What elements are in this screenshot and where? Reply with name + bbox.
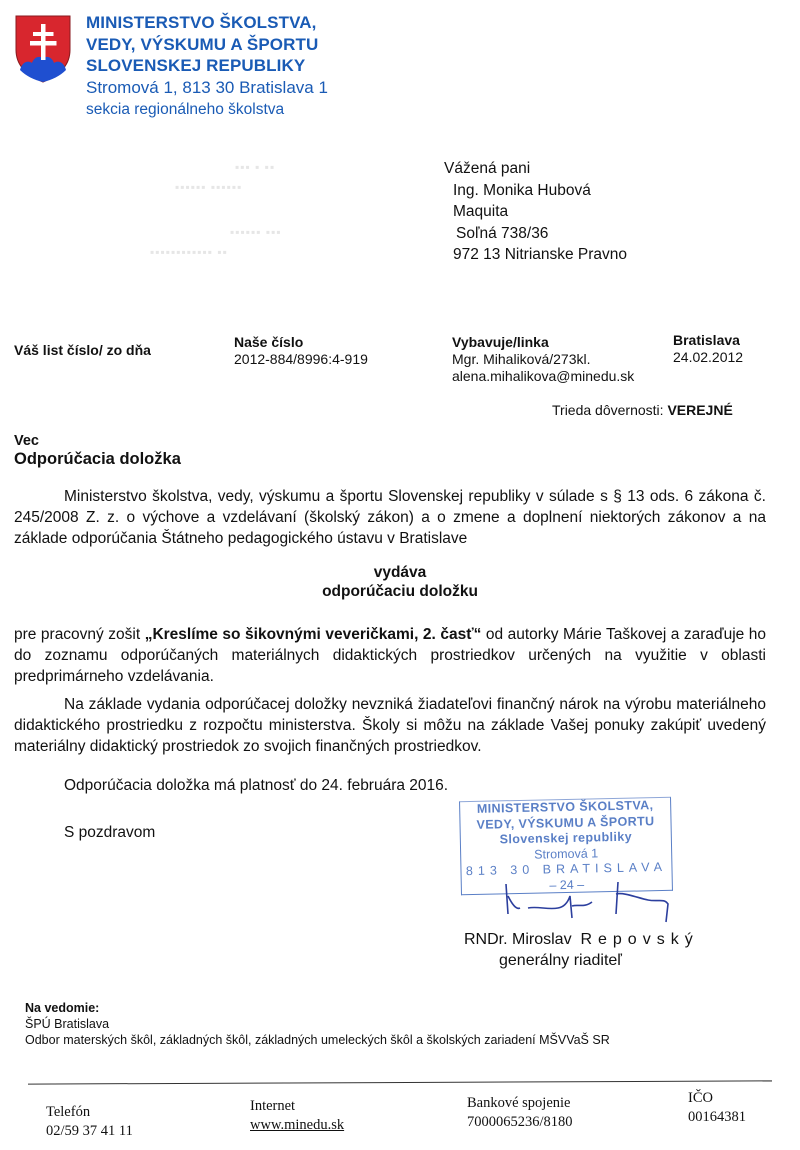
salutation: Vážená pani	[444, 158, 627, 180]
handled-by-label: Vybavuje/linka	[452, 334, 549, 350]
handled-by: Vybavuje/linka Mgr. Mihaliková/273kl. al…	[452, 334, 634, 385]
cc-item: Odbor materských škôl, základných škôl, …	[25, 1033, 610, 1047]
ministry-line-3: SLOVENSKEJ REPUBLIKY	[86, 55, 318, 77]
signer-block: RNDr. Miroslav Repovský generálny riadit…	[464, 929, 699, 971]
website-link[interactable]: www.minedu.sk	[250, 1117, 344, 1133]
footer-ico: IČO 00164381	[688, 1089, 746, 1127]
your-letter-label: Váš list číslo/ zo dňa	[14, 342, 151, 359]
footer-bank: Bankové spojenie 7000065236/8180	[467, 1094, 573, 1132]
closing: S pozdravom	[64, 822, 364, 843]
intro-paragraph: Ministerstvo školstva, vedy, výskumu a š…	[14, 486, 766, 549]
classification-label: Trieda dôvernosti:	[552, 402, 664, 418]
bleed-through-text: ▪▪▪▪▪▪ ▪▪▪	[230, 225, 282, 239]
ministry-address: Stromová 1, 813 30 Bratislava 1 sekcia r…	[86, 77, 328, 121]
our-number-label: Naše číslo	[234, 334, 303, 350]
financial-note-paragraph: Na základe vydania odporúčacej doložky n…	[14, 694, 766, 757]
cc-label: Na vedomie:	[25, 1001, 99, 1015]
bleed-through-text: ▪▪▪▪▪▪ ▪▪▪▪▪▪	[175, 180, 242, 194]
footer-phone: Telefón 02/59 37 41 11	[46, 1103, 133, 1141]
place-date: Bratislava 24.02.2012	[673, 332, 743, 366]
workbook-title: „Kreslíme so šikovnými veveričkami, 2. č…	[145, 626, 482, 643]
recipient-company: Maquita	[444, 201, 627, 223]
cc-block: Na vedomie: ŠPÚ Bratislava Odbor matersk…	[25, 1000, 610, 1048]
subject-label: Vec	[14, 433, 39, 449]
our-number: Naše číslo 2012-884/8996:4-919	[234, 334, 368, 368]
workbook-paragraph: pre pracovný zošit „Kreslíme so šikovným…	[14, 624, 766, 687]
ministry-line-1: MINISTERSTVO ŠKOLSTVA,	[86, 12, 318, 34]
signature-icon	[498, 878, 698, 924]
ministry-line-2: VEDY, VÝSKUMU A ŠPORTU	[86, 34, 318, 56]
recipient-block: Vážená pani Ing. Monika Hubová Maquita S…	[444, 158, 627, 266]
classification: Trieda dôvernosti: VEREJNÉ	[552, 402, 733, 419]
cc-item: ŠPÚ Bratislava	[25, 1017, 109, 1031]
bleed-through-text: ▪▪▪ ▪ ▪▪	[235, 160, 275, 174]
bank-value: 7000065236/8180	[467, 1114, 573, 1130]
place: Bratislava	[673, 332, 740, 348]
classification-value: VEREJNÉ	[667, 402, 732, 418]
footer-internet: Internet www.minedu.sk	[250, 1097, 344, 1135]
signer-surname: Repovský	[580, 931, 698, 948]
issues-heading-1: vydáva	[0, 563, 800, 583]
our-number-value: 2012-884/8996:4-919	[234, 351, 368, 367]
phone-label: Telefón	[46, 1104, 90, 1120]
handled-by-email[interactable]: alena.mihalikova@minedu.sk	[452, 368, 634, 384]
handled-by-name: Mgr. Mihaliková/273kl.	[452, 351, 591, 367]
recipient-name: Ing. Monika Hubová	[444, 180, 627, 202]
signer-first-name: RNDr. Miroslav	[464, 931, 572, 948]
phone-value: 02/59 37 41 11	[46, 1123, 133, 1139]
ico-label: IČO	[688, 1090, 713, 1106]
subject: Odporúčacia doložka	[14, 450, 181, 469]
bleed-through-text: ▪▪▪▪▪▪▪▪▪▪▪▪ ▪▪	[150, 245, 228, 259]
signer-role: generálny riaditeľ	[464, 950, 699, 971]
section-line: sekcia regionálneho školstva	[86, 99, 328, 121]
internet-label: Internet	[250, 1098, 295, 1114]
date: 24.02.2012	[673, 349, 743, 365]
issues-heading-2: odporúčaciu doložku	[0, 582, 800, 602]
coat-of-arms-icon	[14, 14, 72, 84]
recipient-city: 972 13 Nitrianske Pravno	[444, 244, 627, 266]
ministry-name: MINISTERSTVO ŠKOLSTVA, VEDY, VÝSKUMU A Š…	[86, 12, 318, 77]
bank-label: Bankové spojenie	[467, 1095, 571, 1111]
ico-value: 00164381	[688, 1109, 746, 1125]
address-line: Stromová 1, 813 30 Bratislava 1	[86, 77, 328, 99]
footer-divider	[28, 1080, 772, 1084]
recipient-street: Soľná 738/36	[444, 223, 627, 245]
validity-statement: Odporúčacia doložka má platnosť do 24. f…	[64, 775, 764, 796]
